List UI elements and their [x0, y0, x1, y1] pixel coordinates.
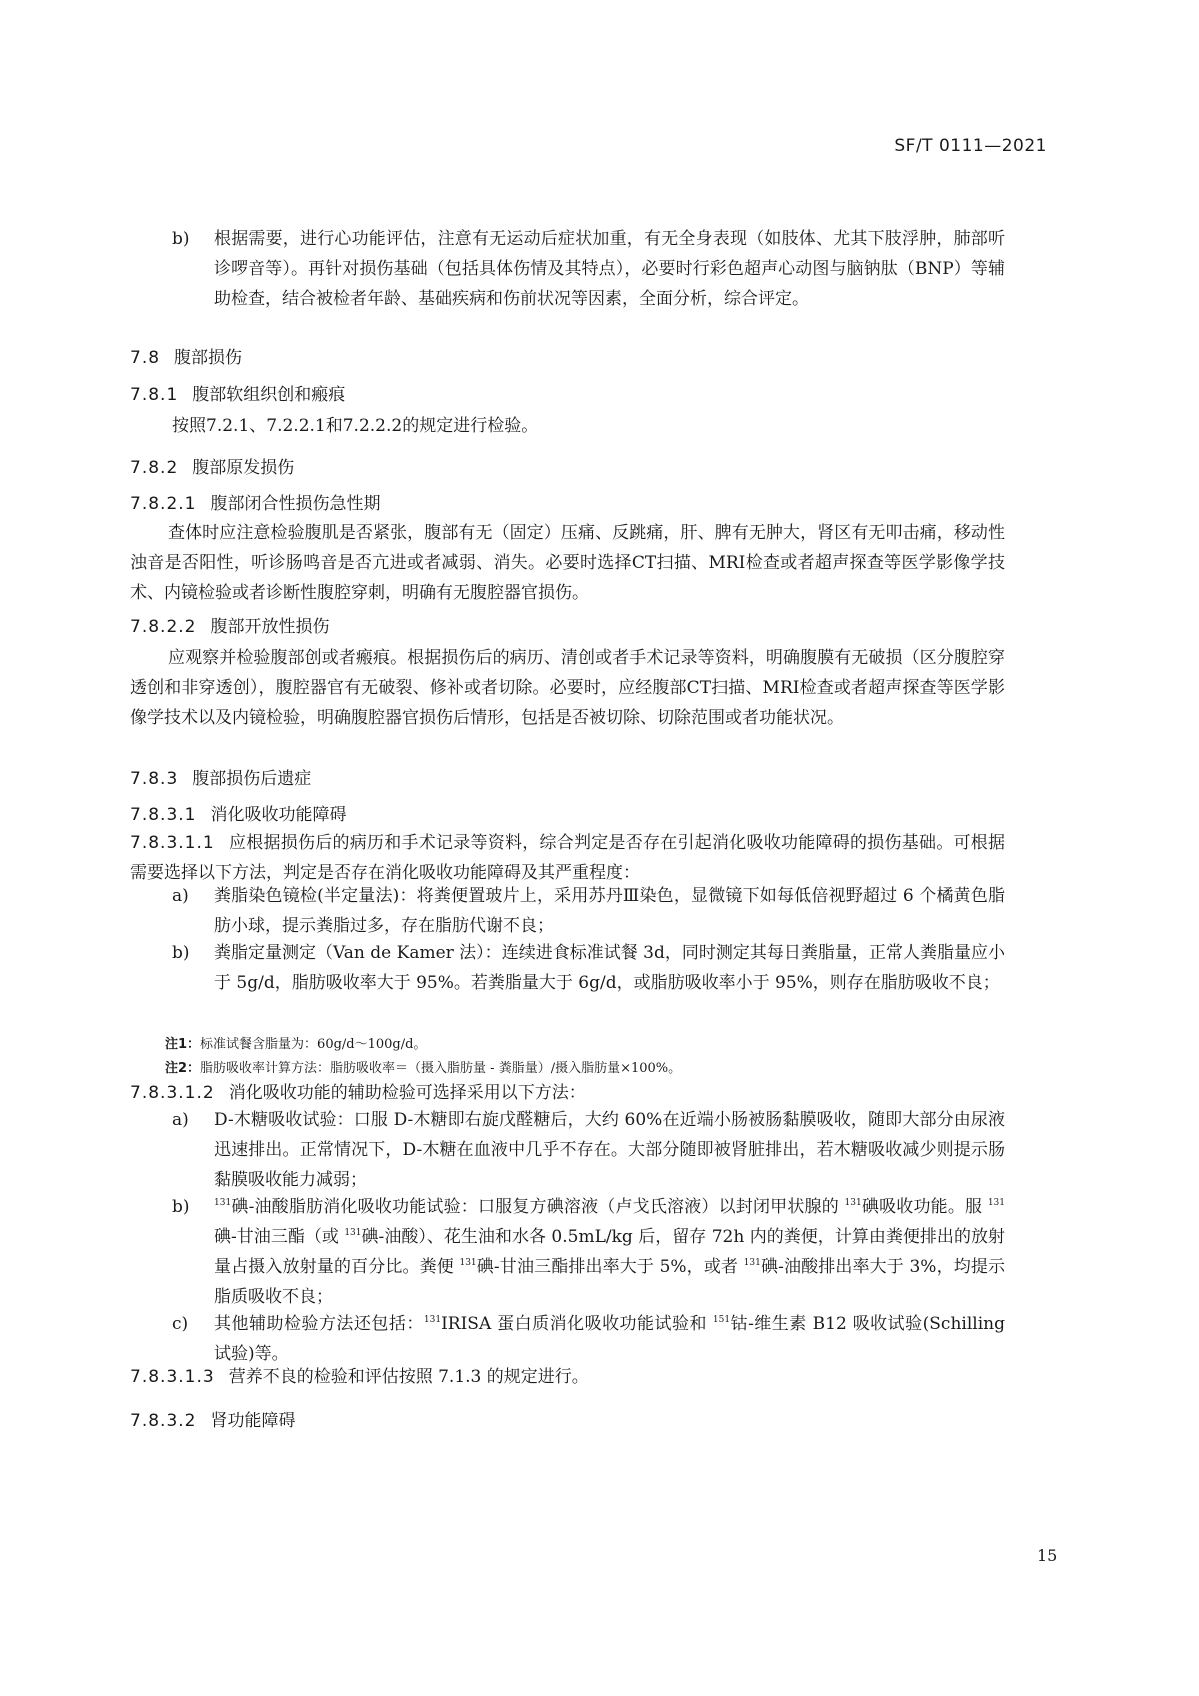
note-label: 注1：	[165, 1037, 200, 1052]
paragraph-7-8-2-2: 应观察并检验腹部创或者瘢痕。根据损伤后的病历、清创或者手术记录等资料，明确腹膜有…	[130, 643, 1005, 733]
clause-number: 7.8.3.1.3	[130, 1367, 215, 1387]
section-number: 7.8.3	[130, 769, 178, 789]
list-item-a-xylose: a) D-木糖吸收试验：口服 D-木糖即右旋戊醛糖后，大约 60%在近端小肠被肠…	[172, 1105, 1005, 1195]
section-number: 7.8.3.2	[130, 1411, 196, 1431]
list-item-c-other: c) 其他辅助检验方法还包括：131IRISA 蛋白质消化吸收功能试验和 151…	[172, 1309, 1005, 1369]
note-text: 标准试餐含脂量为：60g/d～100g/d。	[200, 1037, 426, 1052]
clause-7-8-3-1-1: 7.8.3.1.1应根据损伤后的病历和手术记录等资料，综合判定是否存在引起消化吸…	[130, 828, 1005, 888]
clause-7-8-3-1-3: 7.8.3.1.3营养不良的检验和评估按照 7.1.3 的规定进行。	[130, 1362, 1005, 1392]
clause-text: 消化吸收功能的辅助检验可选择采用以下方法：	[229, 1083, 586, 1103]
section-number: 7.8	[130, 348, 160, 368]
heading-7-8: 7.8腹部损伤	[130, 343, 242, 368]
list-marker: c)	[172, 1309, 188, 1339]
list-marker: b)	[172, 224, 190, 254]
list-text: 粪脂定量测定（Van de Kamer 法）：连续进食标准试餐 3d，同时测定其…	[214, 938, 1005, 998]
isotope-superscript: 131	[459, 1258, 476, 1268]
isotope-superscript: 131	[344, 1228, 361, 1238]
heading-7-8-3-2: 7.8.3.2肾功能障碍	[130, 1406, 295, 1431]
clause-number: 7.8.3.1.2	[130, 1083, 215, 1103]
list-marker: a)	[172, 1105, 189, 1135]
standard-code: SF/T 0111—2021	[894, 136, 1047, 156]
clause-text: 应根据损伤后的病历和手术记录等资料，综合判定是否存在引起消化吸收功能障碍的损伤基…	[130, 833, 1005, 883]
clause-number: 7.8.3.1.1	[130, 833, 215, 853]
section-title: 腹部闭合性损伤急性期	[210, 494, 380, 514]
isotope-superscript: 131	[214, 1198, 231, 1208]
section-number: 7.8.1	[130, 385, 178, 405]
page-number: 15	[1037, 1546, 1057, 1565]
section-number: 7.8.2.2	[130, 617, 196, 637]
note-1: 注1：标准试餐含脂量为：60g/d～100g/d。	[165, 1035, 426, 1055]
list-item-b-iodine: b) 131碘-油酸脂肪消化吸收功能试验：口服复方碘溶液（卢戈氏溶液）以封闭甲状…	[172, 1192, 1005, 1312]
section-number: 7.8.2.1	[130, 494, 196, 514]
heading-7-8-3: 7.8.3腹部损伤后遗症	[130, 764, 311, 789]
list-marker: b)	[172, 938, 190, 968]
note-2: 注2：脂肪吸收率计算方法：脂肪吸收率＝（摄入脂肪量 - 粪脂量）/摄入脂肪量×1…	[165, 1059, 681, 1079]
isotope-superscript: 131	[845, 1198, 862, 1208]
list-text: 131碘-油酸脂肪消化吸收功能试验：口服复方碘溶液（卢戈氏溶液）以封闭甲状腺的 …	[214, 1192, 1005, 1312]
isotope-superscript: 131	[988, 1198, 1005, 1208]
section-title: 腹部开放性损伤	[210, 617, 329, 637]
section-title: 肾功能障碍	[210, 1411, 295, 1431]
note-text: 脂肪吸收率计算方法：脂肪吸收率＝（摄入脂肪量 - 粪脂量）/摄入脂肪量×100%…	[200, 1061, 681, 1076]
list-item-a-fecal-stain: a) 粪脂染色镜检(半定量法)：将粪便置玻片上，采用苏丹Ⅲ染色，显微镜下如每低倍…	[172, 881, 1005, 941]
text-run: 其他辅助检验方法还包括：	[214, 1314, 424, 1334]
list-text: D-木糖吸收试验：口服 D-木糖即右旋戊醛糖后，大约 60%在近端小肠被肠黏膜吸…	[214, 1105, 1005, 1195]
section-title: 腹部软组织创和瘢痕	[192, 385, 345, 405]
text-run: 碘-油酸脂肪消化吸收功能试验：口服复方碘溶液（卢戈氏溶液）以封闭甲状腺的	[231, 1197, 844, 1217]
heading-7-8-2: 7.8.2腹部原发损伤	[130, 453, 294, 478]
paragraph-7-8-2-1: 查体时应注意检验腹肌是否紧张，腹部有无（固定）压痛、反跳痛，肝、脾有无肿大，肾区…	[130, 518, 1005, 608]
isotope-superscript: 131	[424, 1315, 441, 1325]
list-item-b-cardiac: b) 根据需要，进行心功能评估，注意有无运动后症状加重，有无全身表现（如肢体、尤…	[172, 224, 1005, 344]
text-run: 碘-甘油三酯排出率大于 5%，或者	[477, 1257, 744, 1277]
clause-7-8-3-1-2: 7.8.3.1.2消化吸收功能的辅助检验可选择采用以下方法：	[130, 1078, 1005, 1108]
isotope-superscript: 151	[713, 1315, 730, 1325]
heading-7-8-3-1: 7.8.3.1消化吸收功能障碍	[130, 800, 346, 825]
text-run: IRISA 蛋白质消化吸收功能试验和	[441, 1314, 713, 1334]
isotope-superscript: 131	[744, 1258, 761, 1268]
section-number: 7.8.3.1	[130, 805, 196, 825]
list-marker: a)	[172, 881, 189, 911]
clause-text: 营养不良的检验和评估按照 7.1.3 的规定进行。	[229, 1367, 589, 1387]
text-run: 碘-甘油三酯（或	[214, 1227, 344, 1247]
list-marker: b)	[172, 1192, 190, 1222]
section-title: 腹部损伤后遗症	[192, 769, 311, 789]
list-text: 其他辅助检验方法还包括：131IRISA 蛋白质消化吸收功能试验和 151钴-维…	[214, 1309, 1005, 1369]
section-title: 腹部损伤	[174, 348, 242, 368]
list-item-b-fecal-quant: b) 粪脂定量测定（Van de Kamer 法）：连续进食标准试餐 3d，同时…	[172, 938, 1005, 1028]
section-title: 腹部原发损伤	[192, 458, 294, 478]
note-label: 注2：	[165, 1061, 200, 1076]
text-run: 碘吸收功能。服	[862, 1197, 988, 1217]
heading-7-8-2-1: 7.8.2.1腹部闭合性损伤急性期	[130, 489, 380, 514]
section-number: 7.8.2	[130, 458, 178, 478]
paragraph-7-8-1: 按照7.2.1、7.2.2.1和7.2.2.2的规定进行检验。	[172, 411, 1005, 441]
list-text: 根据需要，进行心功能评估，注意有无运动后症状加重，有无全身表现（如肢体、尤其下肢…	[214, 224, 1005, 314]
list-text: 粪脂染色镜检(半定量法)：将粪便置玻片上，采用苏丹Ⅲ染色，显微镜下如每低倍视野超…	[214, 881, 1005, 941]
section-title: 消化吸收功能障碍	[210, 805, 346, 825]
heading-7-8-1: 7.8.1腹部软组织创和瘢痕	[130, 380, 345, 405]
heading-7-8-2-2: 7.8.2.2腹部开放性损伤	[130, 612, 329, 637]
